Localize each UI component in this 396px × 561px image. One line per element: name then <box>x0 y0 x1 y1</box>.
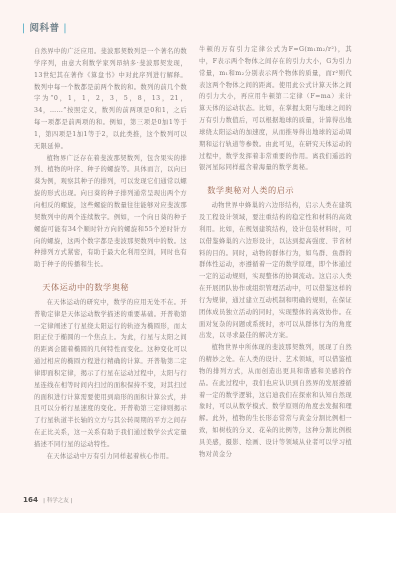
paragraph: 植物界广泛存在着斐波那契数列，包含果实的排列、植物的叶序、种子的螺旋等。具体而言… <box>34 153 187 271</box>
paragraph: 牛顿的万有引力定律公式为F=G(m₁m₂/r²)，其中，F表示两个物体之间存在的… <box>199 44 352 174</box>
page-number: 164 <box>23 495 38 504</box>
tag-bar-left: | <box>22 23 26 34</box>
magazine-name: | 科学之友 | <box>43 498 72 504</box>
paragraph: 自然界中的广泛应用。斐波那契数列是一个著名的数学序列，由意大利数学家列昂纳多·斐… <box>34 46 187 153</box>
right-column: 牛顿的万有引力定律公式为F=G(m₁m₂/r²)，其中，F表示两个物体之间存在的… <box>199 44 352 461</box>
column-tag: | 阅科普 | <box>22 20 67 34</box>
magazine-title: 科学之友 <box>47 498 69 504</box>
column-tag-label: 阅科普 <box>30 23 60 34</box>
section-heading: 数学奥秘对人类的启示 <box>199 185 352 197</box>
paragraph: 在天体运动中万有引力同样起着核心作用。 <box>34 451 187 463</box>
paragraph: 植物世界中所体现的斐波那契数列，展现了自然的精妙之处。在人类的设计、艺术领域，可… <box>199 342 352 460</box>
page-footer: 164 | 科学之友 | <box>23 495 72 504</box>
paragraph: 在天体运动的研究中，数学的应用无处不在。开普勒定律是天体运动数学描述的重要基础。… <box>34 297 187 451</box>
section-heading: 天体运动中的数学奥秘 <box>34 282 187 294</box>
tag-bar-right: | <box>63 23 67 34</box>
paragraph: 动物世界中蜂巢的六边形结构，启示人类在建筑及工程设计领域，要注重结构的稳定性和材… <box>199 200 352 342</box>
left-column: 自然界中的广泛应用。斐波那契数列是一个著名的数学序列，由意大利数学家列昂纳多·斐… <box>34 46 187 463</box>
magazine-page: | 阅科普 | 自然界中的广泛应用。斐波那契数列是一个著名的数学序列，由意大利数… <box>0 0 396 513</box>
